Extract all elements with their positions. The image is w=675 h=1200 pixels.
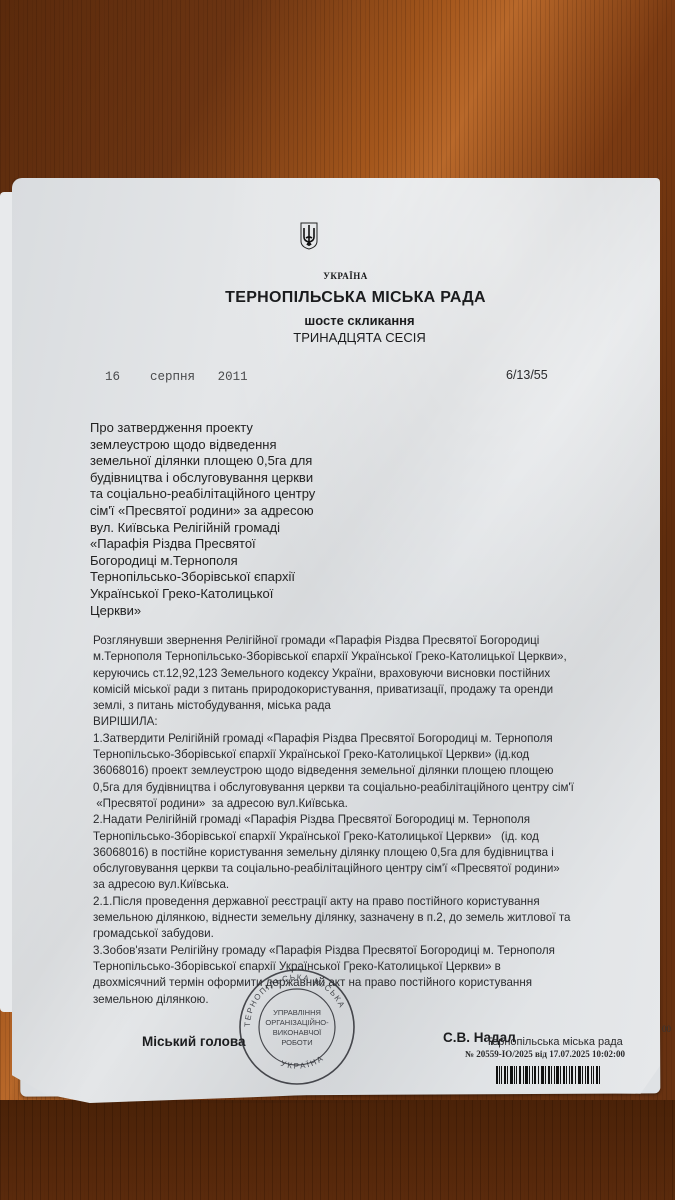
subject-line: будівництва і обслуговування церкви: [90, 470, 410, 487]
body-line: землі, з питань містобудування, міська р…: [93, 698, 613, 714]
decision-subject: Про затвердження проекту землеустрою щод…: [90, 420, 410, 619]
body-line: обслуговування церкви та соціально-реабі…: [93, 861, 613, 877]
underlying-sheet-text-fragment: 00: [662, 1024, 671, 1034]
body-line: 2.1.Після проведення державної реєстраці…: [93, 894, 613, 910]
decision-number: 6/13/55: [506, 368, 548, 382]
decision-body: Розглянувши звернення Релігійної громади…: [93, 633, 613, 1008]
date-day: 16: [105, 370, 120, 384]
subject-line: Української Греко-Католицької: [90, 586, 410, 603]
body-line: 2.Надати Релігійній громаді «Парафія Різ…: [93, 812, 613, 828]
body-line: 1.Затвердити Релігійній громаді «Парафія…: [93, 731, 613, 747]
stamp-ring-bottom: УКРАЇНА: [280, 1053, 327, 1071]
subject-line: Богородиці м.Тернополя: [90, 553, 410, 570]
barcode-icon: [496, 1066, 600, 1084]
body-line: комісій міської ради з питань природокор…: [93, 682, 613, 698]
body-line: 36068016) в постійне користування земель…: [93, 845, 613, 861]
council-decision-document: УКРАЇНА ТЕРНОПІЛЬСЬКА МІСЬКА РАДА шосте …: [0, 0, 675, 1200]
stamp-line: РОБОТИ: [281, 1038, 312, 1047]
subject-line: та соціально-реабілітаційного центру: [90, 486, 410, 503]
official-stamp-icon: ТЕРНОПІЛЬСЬКА МІСЬКА УКРАЇНА УПРАВЛІННЯ …: [228, 965, 366, 1085]
council-name: ТЕРНОПІЛЬСЬКА МІСЬКА РАДА: [0, 289, 675, 307]
body-line: за адресою вул.Київська.: [93, 877, 613, 893]
subject-line: Церкви»: [90, 603, 410, 620]
stamp-line: УПРАВЛІННЯ: [273, 1008, 321, 1017]
subject-line: вул. Київська Релігійній громаді: [90, 520, 410, 537]
session-label: ТРИНАДЦЯТА СЕСІЯ: [0, 330, 675, 345]
date-year: 2011: [218, 370, 248, 384]
subject-line: «Парафія Різдва Пресвятої: [90, 536, 410, 553]
body-line: 3.Зобов'язати Релігійну громаду «Парафія…: [93, 943, 613, 959]
subject-line: сім'ї «Пресвятої родини» за адресою: [90, 503, 410, 520]
body-line: 36068016) проект землеустрою щодо відвед…: [93, 763, 613, 779]
decision-date: 16 серпня 2011: [105, 370, 248, 384]
svg-text:УКРАЇНА: УКРАЇНА: [280, 1053, 327, 1071]
body-line: керуючись ст.12,92,123 Земельного кодекс…: [93, 666, 613, 682]
body-line: Тернопільсько-Зборівської єпархії Україн…: [93, 747, 613, 763]
stamp-line: ОРГАНІЗАЦІЙНО-: [265, 1018, 329, 1027]
subject-line: Тернопільсько-Зборівської єпархії: [90, 569, 410, 586]
stamp-line: ВИКОНАВЧОЇ: [273, 1028, 322, 1037]
resolved-heading: ВИРІШИЛА:: [93, 714, 613, 730]
subject-line: землеустрою щодо відведення: [90, 437, 410, 454]
body-line: земельною ділянкою, віднести земельну ді…: [93, 910, 613, 926]
body-line: Тернопільсько-Зборівської єпархії Україн…: [93, 829, 613, 845]
body-line: м.Тернополя Тернопільсько-Зборівської єп…: [93, 649, 613, 665]
body-line: 0,5га для будівництва і обслуговування ц…: [93, 780, 613, 796]
body-line: «Пресвятої родини» за адресою вул.Київсь…: [93, 796, 613, 812]
body-line: Розглянувши звернення Релігійної громади…: [93, 633, 613, 649]
convocation-label: шосте скликання: [0, 313, 675, 328]
registration-organization: Тернопільська міська рада: [486, 1036, 623, 1048]
trident-emblem-icon: [300, 222, 318, 250]
subject-line: земельної ділянки площею 0,5га для: [90, 453, 410, 470]
body-line: громадської забудови.: [93, 926, 613, 942]
registration-number: № 20559-ІО/2025 від 17.07.2025 10:02:00: [465, 1049, 625, 1059]
subject-line: Про затвердження проекту: [90, 420, 410, 437]
country-label: УКРАЇНА: [0, 271, 675, 281]
date-month: серпня: [150, 370, 195, 384]
